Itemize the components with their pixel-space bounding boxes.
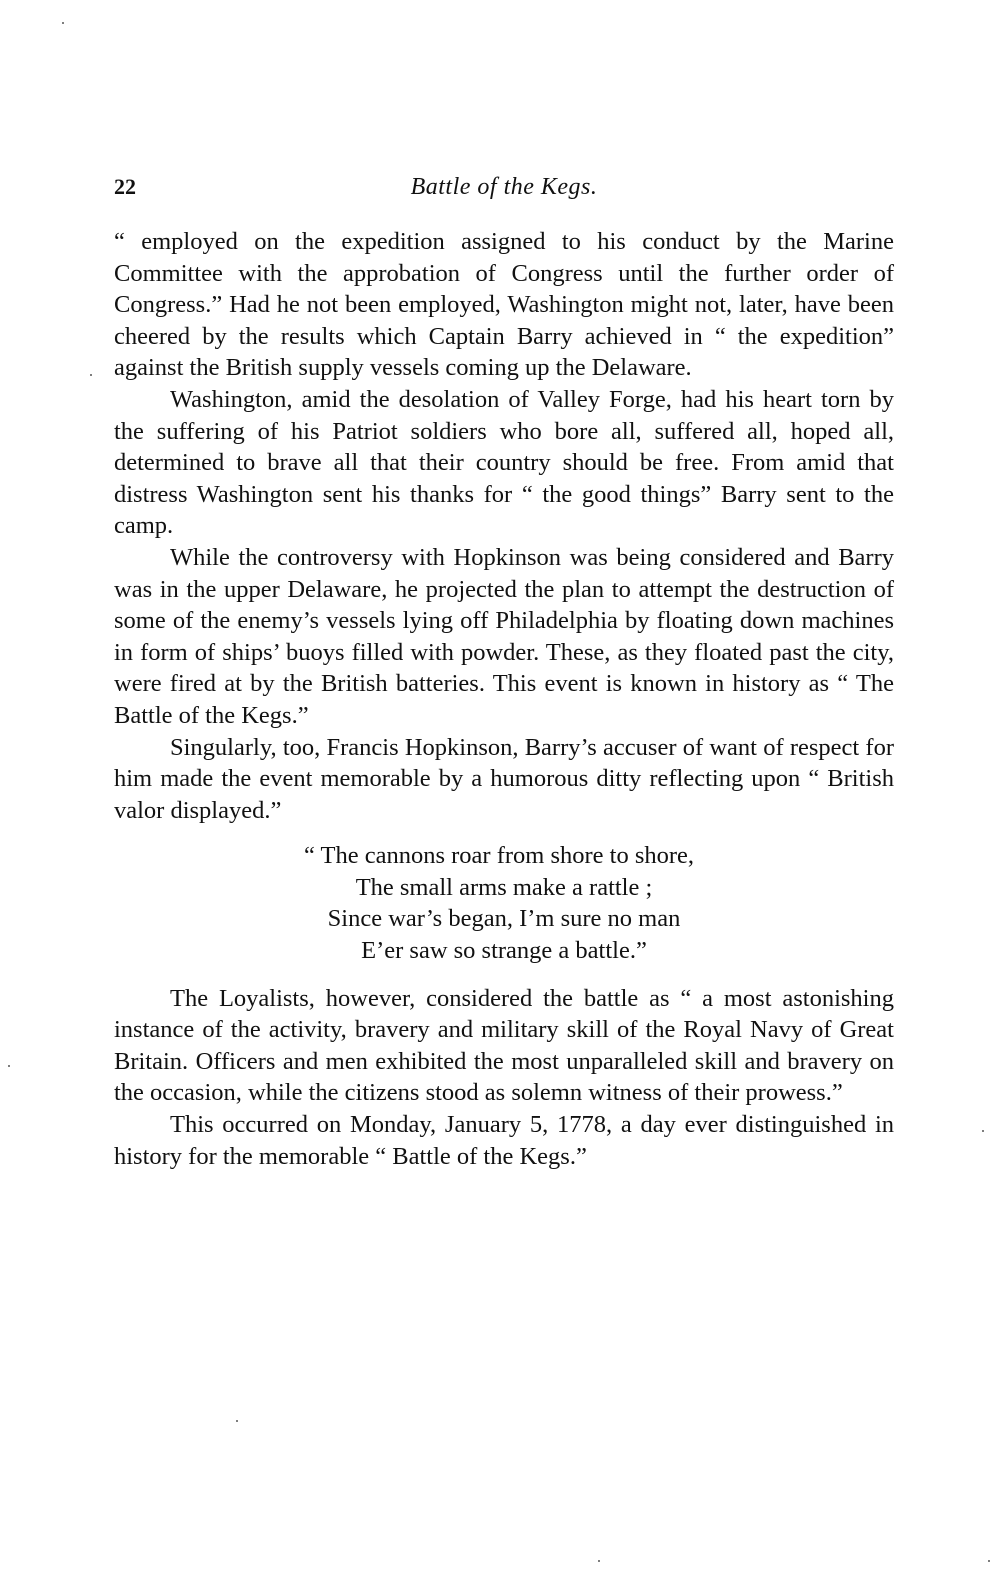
poem-line: “ The cannons roar from shore to shore, bbox=[114, 840, 894, 872]
page-header: 22 Battle of the Kegs. bbox=[114, 174, 894, 208]
paragraph-2: Washington, amid the desolation of Valle… bbox=[114, 384, 894, 542]
book-page: 22 Battle of the Kegs. “ employed on the… bbox=[0, 0, 1000, 1580]
poem-line: E’er saw so strange a battle.” bbox=[114, 935, 894, 967]
paragraph-5: The Loyalists, however, considered the b… bbox=[114, 983, 894, 1109]
poem-line: The small arms make a rattle ; bbox=[114, 872, 894, 904]
scan-speck bbox=[90, 374, 92, 376]
paragraph-3: While the controversy with Hopkinson was… bbox=[114, 542, 894, 732]
running-title: Battle of the Kegs. bbox=[114, 174, 894, 201]
scan-speck bbox=[598, 1560, 600, 1562]
scan-speck bbox=[8, 1065, 10, 1067]
body-text: “ employed on the expedition assigned to… bbox=[114, 226, 894, 1172]
paragraph-6: This occurred on Monday, January 5, 1778… bbox=[114, 1109, 894, 1172]
paragraph-4: Singularly, too, Francis Hopkinson, Barr… bbox=[114, 732, 894, 827]
paragraph-1: “ employed on the expedition assigned to… bbox=[114, 226, 894, 384]
scan-speck bbox=[988, 1560, 990, 1562]
scan-speck bbox=[236, 1420, 238, 1422]
scan-speck bbox=[62, 22, 64, 24]
poem-stanza: “ The cannons roar from shore to shore, … bbox=[114, 840, 894, 966]
scan-speck bbox=[982, 1130, 984, 1132]
poem-line: Since war’s began, I’m sure no man bbox=[114, 903, 894, 935]
